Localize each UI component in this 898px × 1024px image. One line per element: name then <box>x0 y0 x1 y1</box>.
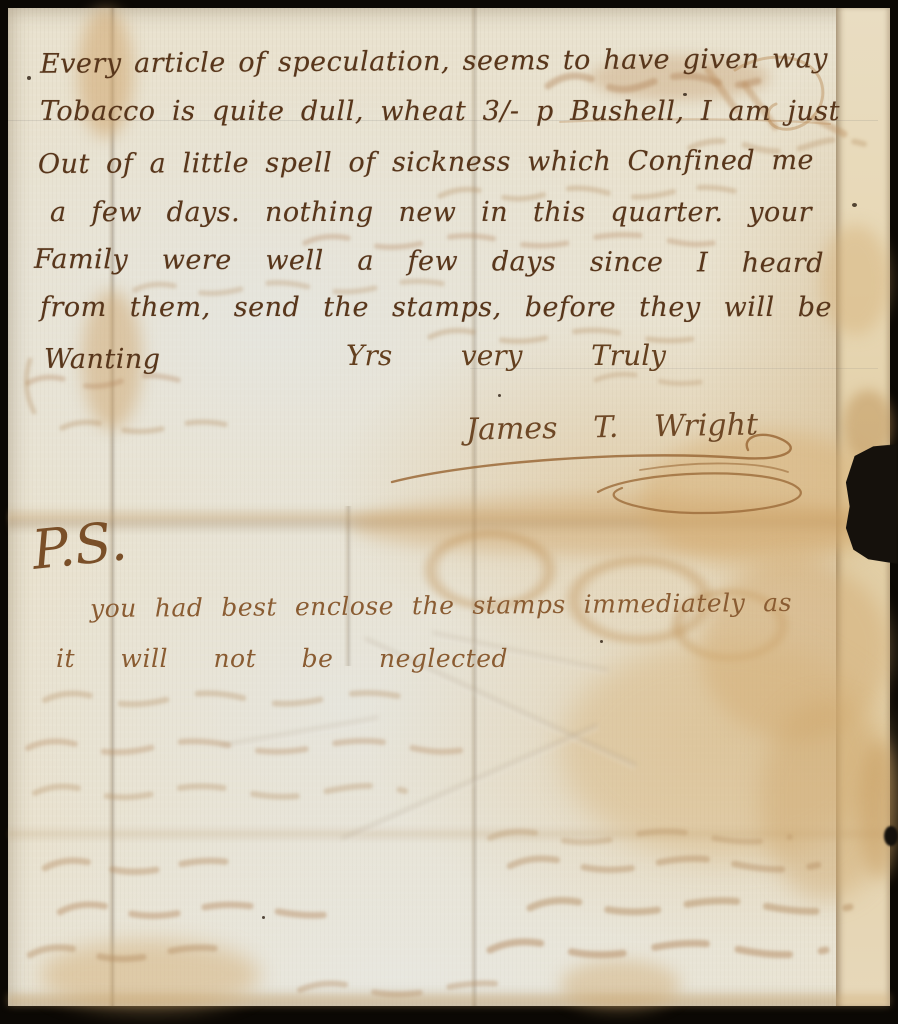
letter-line-4: a few days. nothing new in this quarter.… <box>50 197 812 228</box>
letter-line-6: from them, send the stamps, before they … <box>40 292 832 323</box>
ink-speck <box>262 916 265 919</box>
ink-speck <box>600 640 603 643</box>
postscript-label: P.S. <box>29 509 130 582</box>
stain <box>860 740 898 880</box>
signature: James T. Wright <box>466 407 759 447</box>
wrinkle-crease <box>221 716 379 749</box>
letter-line-5: Family were well a few days since I hear… <box>34 244 824 279</box>
letter-line-7: Wanting <box>44 344 161 375</box>
letter-line-1: Every article of speculation, seems to h… <box>40 43 828 80</box>
ink-speck <box>498 394 501 397</box>
letter-line-2: Tobacco is quite dull, wheat 3/- p Bushe… <box>40 96 840 127</box>
letter-paper: Every article of speculation, seems to h… <box>8 8 890 1006</box>
postscript-line-1: you had best enclose the stamps immediat… <box>90 588 792 623</box>
letter-closing: Yrs very Truly <box>346 339 666 372</box>
closing-word: Yrs <box>346 339 392 372</box>
postscript-line-2: it will not be neglected <box>56 644 508 673</box>
scanned-letter: Every article of speculation, seems to h… <box>0 0 898 1024</box>
letter-line-3: Out of a little spell of sickness which … <box>38 145 814 180</box>
ink-speck <box>852 203 857 207</box>
edge-notch <box>884 826 898 846</box>
closing-word: very <box>461 339 523 372</box>
ink-speck <box>27 76 31 80</box>
closing-word: Truly <box>591 339 666 372</box>
bottom-edge-stain <box>8 994 890 1006</box>
